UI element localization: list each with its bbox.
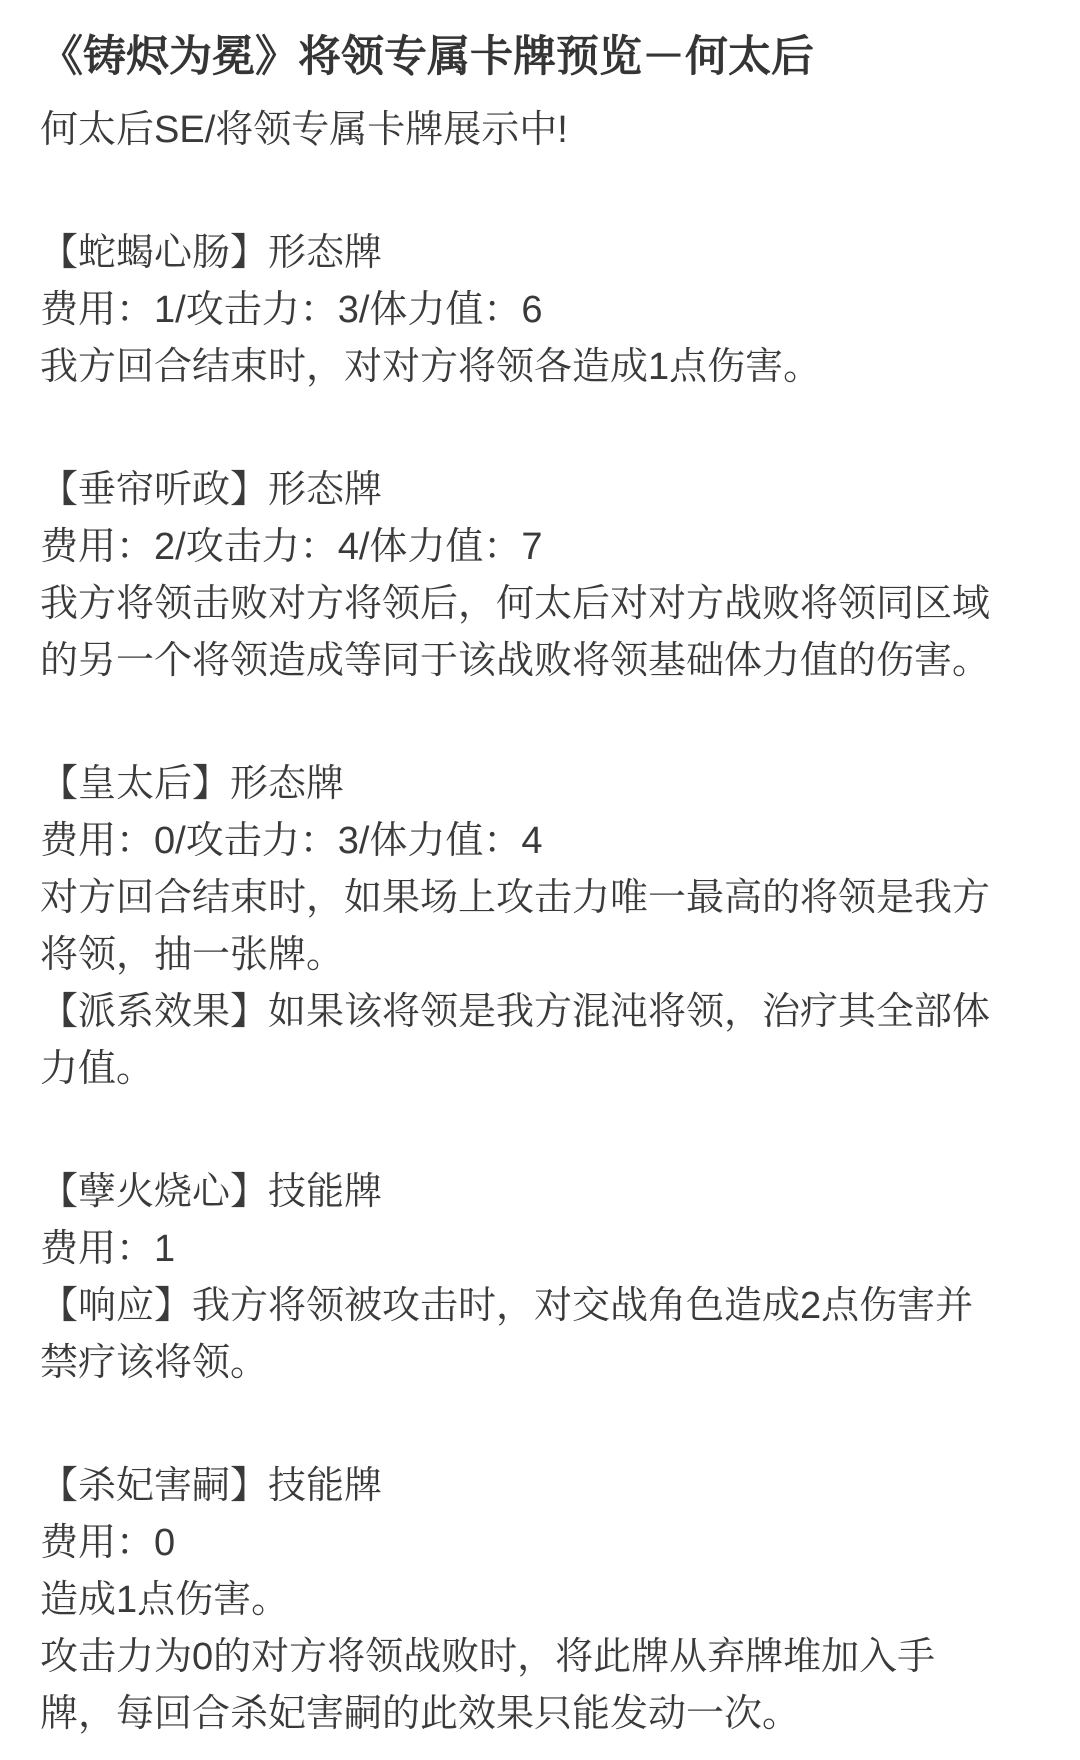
card-title-line: 【孽火烧心】技能牌 xyxy=(40,1164,1040,1221)
card-title-line: 【垂帘听政】形态牌 xyxy=(40,462,1040,519)
card-effect-line: 力值。 xyxy=(40,1041,1040,1098)
page-subtitle: 何太后SE/将领专属卡牌展示中! xyxy=(40,102,1040,159)
card-stats-line: 费用：2/攻击力：4/体力值：7 xyxy=(40,519,1040,576)
article: 《铸烬为冕》将领专属卡牌预览－何太后 何太后SE/将领专属卡牌展示中! 【蛇蝎心… xyxy=(40,28,1040,1743)
card-effect-line: 我方将领击败对方将领后，何太后对对方战败将领同区域 xyxy=(40,576,1040,633)
card-title-line: 【杀妃害嗣】技能牌 xyxy=(40,1458,1040,1515)
card-stats-line: 费用：1 xyxy=(40,1221,1040,1278)
card-effect-line: 的另一个将领造成等同于该战败将领基础体力值的伤害。 xyxy=(40,633,1040,690)
card-stats-line: 费用：0/攻击力：3/体力值：4 xyxy=(40,813,1040,870)
card-stats-line: 费用：1/攻击力：3/体力值：6 xyxy=(40,282,1040,339)
card-section-shafei-haisi: 【杀妃害嗣】技能牌 费用：0 造成1点伤害。 攻击力为0的对方将领战败时，将此牌… xyxy=(40,1458,1040,1743)
card-effect-line: 牌，每回合杀妃害嗣的此效果只能发动一次。 xyxy=(40,1686,1040,1743)
card-effect-line: 【派系效果】如果该将领是我方混沌将领，治疗其全部体 xyxy=(40,984,1040,1041)
card-title-line: 【皇太后】形态牌 xyxy=(40,756,1040,813)
card-stats-line: 费用：0 xyxy=(40,1515,1040,1572)
card-section-niehuo-shaoxin: 【孽火烧心】技能牌 费用：1 【响应】我方将领被攻击时，对交战角色造成2点伤害并… xyxy=(40,1164,1040,1392)
card-effect-line: 【响应】我方将领被攻击时，对交战角色造成2点伤害并 xyxy=(40,1278,1040,1335)
card-effect-line: 禁疗该将领。 xyxy=(40,1335,1040,1392)
card-effect-line: 将领，抽一张牌。 xyxy=(40,927,1040,984)
card-effect-line: 攻击力为0的对方将领战败时，将此牌从弃牌堆加入手 xyxy=(40,1629,1040,1686)
card-section-huangtaihou: 【皇太后】形态牌 费用：0/攻击力：3/体力值：4 对方回合结束时，如果场上攻击… xyxy=(40,756,1040,1098)
card-effect-line: 对方回合结束时，如果场上攻击力唯一最高的将领是我方 xyxy=(40,870,1040,927)
page-title: 《铸烬为冕》将领专属卡牌预览－何太后 xyxy=(40,28,1040,86)
card-title-line: 【蛇蝎心肠】形态牌 xyxy=(40,225,1040,282)
card-effect-line: 造成1点伤害。 xyxy=(40,1572,1040,1629)
card-effect-line: 我方回合结束时，对对方将领各造成1点伤害。 xyxy=(40,339,1040,396)
card-section-chuilian-tingzheng: 【垂帘听政】形态牌 费用：2/攻击力：4/体力值：7 我方将领击败对方将领后，何… xyxy=(40,462,1040,690)
card-section-shexiexinchang: 【蛇蝎心肠】形态牌 费用：1/攻击力：3/体力值：6 我方回合结束时，对对方将领… xyxy=(40,225,1040,396)
